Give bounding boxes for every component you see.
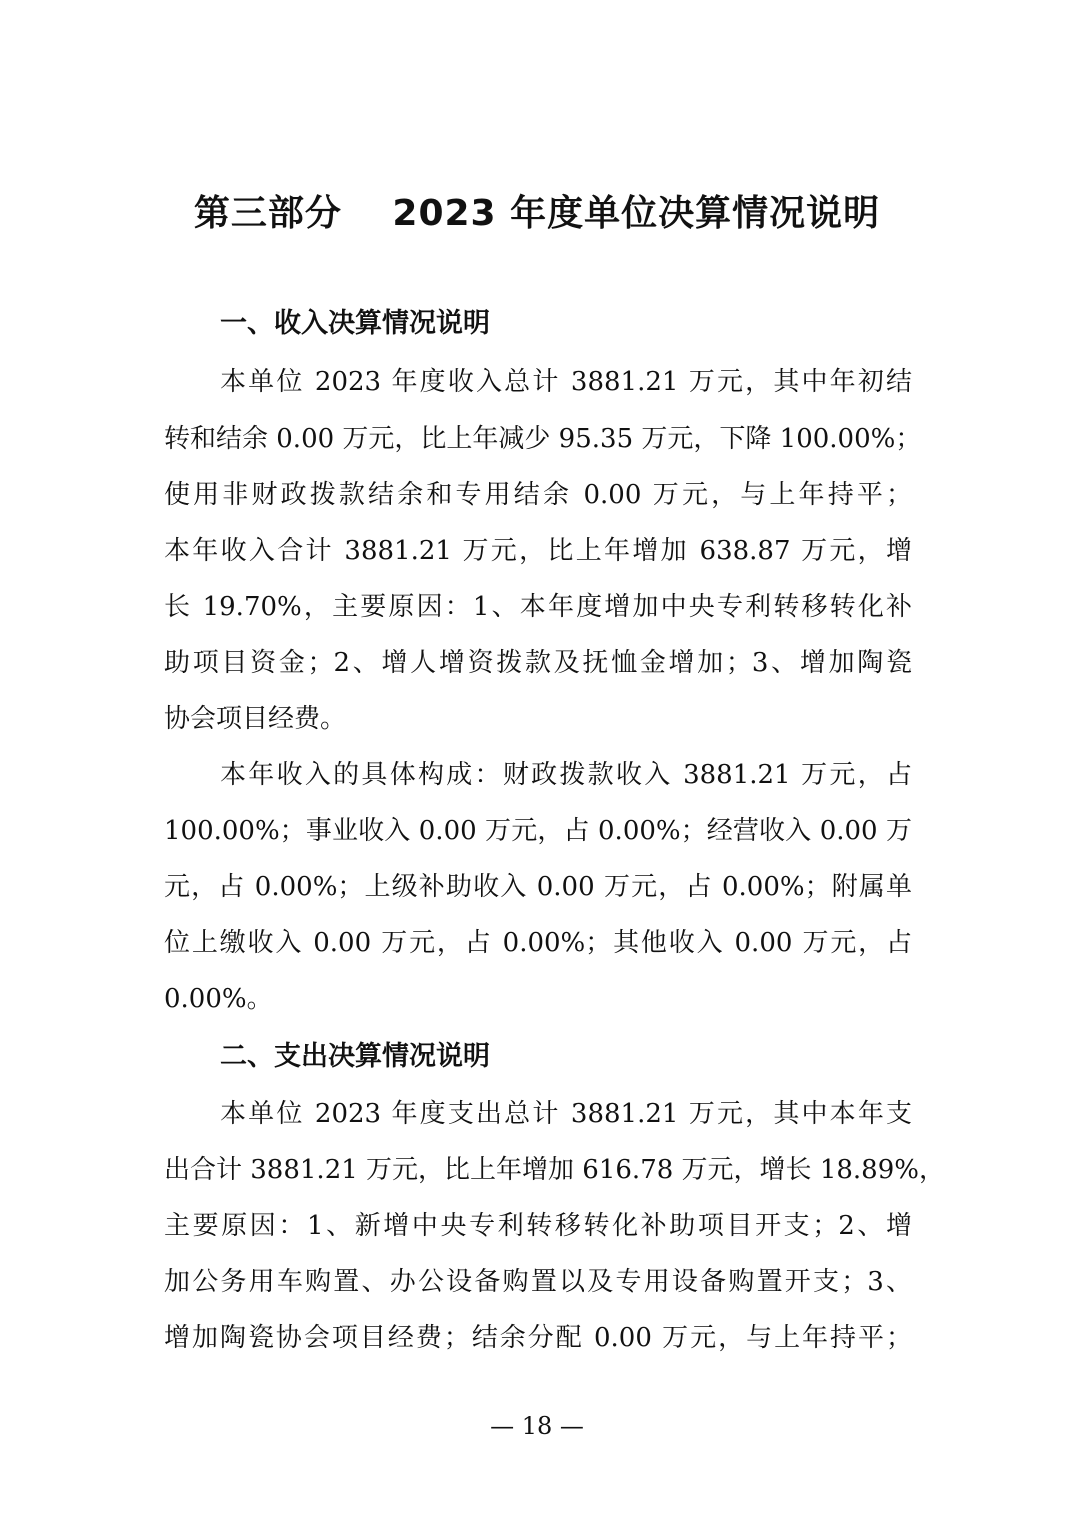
text-line: 增加陶瓷协会项目经费；结余分配 0.00 万元，与上年持平； xyxy=(164,1318,912,1358)
section-heading-expenditure: 二、支出决算情况说明 xyxy=(220,1037,490,1077)
text-line: 助项目资金；2、增人增资拨款及抚恤金增加；3、增加陶瓷 xyxy=(164,643,912,683)
text-line: 使用非财政拨款结余和专用结余 0.00 万元，与上年持平； xyxy=(164,475,912,515)
text-line: 本单位 2023 年度收入总计 3881.21 万元，其中年初结 xyxy=(220,362,912,402)
text-line: 协会项目经费。 xyxy=(164,699,912,739)
text-line: 本年收入合计 3881.21 万元，比上年增加 638.87 万元，增 xyxy=(164,531,912,571)
text-line: 主要原因：1、新增中央专利转移转化补助项目开支；2、增 xyxy=(164,1206,912,1246)
text-line: 本单位 2023 年度支出总计 3881.21 万元，其中本年支 xyxy=(220,1094,912,1134)
text-line: 加公务用车购置、办公设备购置以及专用设备购置开支；3、 xyxy=(164,1262,912,1302)
text-line: 0.00%。 xyxy=(164,979,912,1019)
text-line: 100.00%；事业收入 0.00 万元，占 0.00%；经营收入 0.00 万 xyxy=(164,811,912,851)
text-line: 出合计 3881.21 万元，比上年增加 616.78 万元，增长 18.89%… xyxy=(164,1150,912,1190)
text-line: 转和结余 0.00 万元，比上年减少 95.35 万元，下降 100.00%； xyxy=(164,419,912,459)
text-line: 本年收入的具体构成：财政拨款收入 3881.21 万元，占 xyxy=(220,755,912,795)
text-line: 位上缴收入 0.00 万元，占 0.00%；其他收入 0.00 万元，占 xyxy=(164,923,912,963)
section-heading-income: 一、收入决算情况说明 xyxy=(220,304,490,344)
text-line: 元，占 0.00%；上级补助收入 0.00 万元，占 0.00%；附属单 xyxy=(164,867,912,907)
text-line: 长 19.70%，主要原因：1、本年度增加中央专利转移转化补 xyxy=(164,587,912,627)
page-number: — 18 — xyxy=(0,1408,1074,1444)
page-title: 第三部分 2023 年度单位决算情况说明 xyxy=(0,188,1074,240)
